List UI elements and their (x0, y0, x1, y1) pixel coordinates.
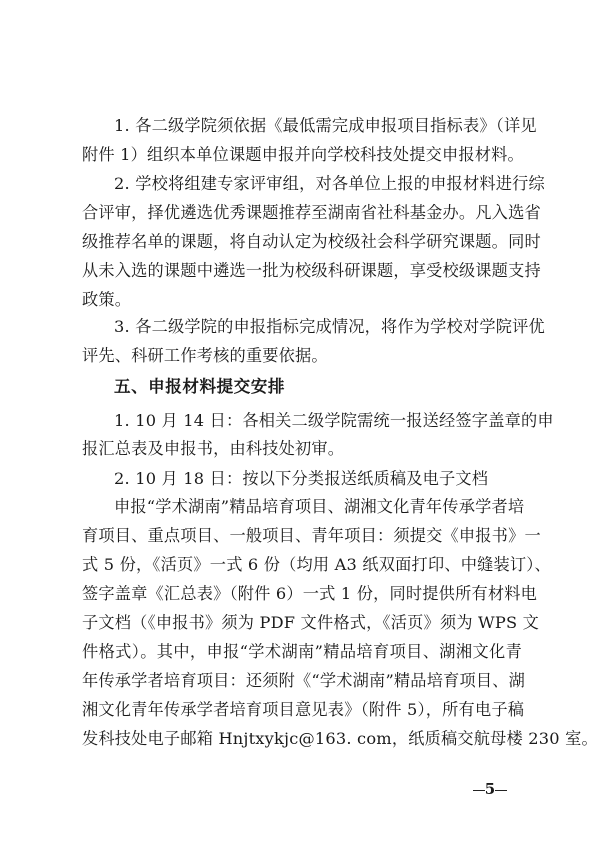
section-paragraph-3-line-1: 申报“学术湖南”精品培育项目、湖湘文化青年传承学者培 (114, 492, 522, 521)
section-paragraph-3-line-7: 年传承学者培育项目：还须附《“学术湖南”精品培育项目、湖 (82, 666, 522, 695)
paragraph-3-line-1: 3. 各二级学院的申报指标完成情况，将作为学校对学院评优 (114, 312, 522, 341)
page-number: 5 (470, 779, 510, 799)
document-page: 1. 各二级学院须依据《最低需完成申报项目指标表》（详见 附件 1）组织本单位课… (0, 0, 600, 848)
section-paragraph-3-line-6: 件格式）。其中，申报“学术湖南”精品培育项目、湖湘文化青 (82, 637, 522, 666)
section-paragraph-3-line-3: 式 5 份，《活页》一式 6 份（均用 A3 纸双面打印、中缝装订）、 (82, 550, 522, 579)
paragraph-1-line-2: 附件 1）组织本单位课题申报并向学校科技处提交申报材料。 (82, 140, 522, 169)
section-paragraph-3-line-9: 发科技处电子邮箱 Hnjtxykjc@163. com，纸质稿交航母楼 230 … (82, 724, 522, 753)
page-number-value: 5 (485, 780, 495, 798)
paragraph-2-line-4: 从未入选的课题中遴选一批为校级科研课题，享受校级课题支持 (82, 256, 522, 285)
page-number-dash-left (473, 790, 485, 791)
paragraph-2-line-5: 政策。 (82, 285, 522, 314)
paragraph-2-line-3: 级推荐名单的课题，将自动认定为校级社会科学研究课题。同时 (82, 227, 522, 256)
section-paragraph-1-line-2: 报汇总表及申报书，由科技处初审。 (82, 434, 522, 463)
section-heading: 五、申报材料提交安排 (114, 372, 285, 401)
paragraph-3-line-2: 评先、科研工作考核的重要依据。 (82, 341, 522, 370)
paragraph-1-line-1: 1. 各二级学院须依据《最低需完成申报项目指标表》（详见 (114, 111, 522, 140)
section-paragraph-1-line-1: 1. 10 月 14 日：各相关二级学院需统一报送经签字盖章的申 (114, 406, 522, 435)
section-paragraph-2-line-1: 2. 10 月 18 日：按以下分类报送纸质稿及电子文档 (114, 464, 522, 493)
page-number-dash-right (495, 790, 507, 791)
paragraph-2-line-1: 2. 学校将组建专家评审组，对各单位上报的申报材料进行综 (114, 169, 522, 198)
paragraph-2-line-2: 合评审，择优遴选优秀课题推荐至湖南省社科基金办。凡入选省 (82, 198, 522, 227)
section-paragraph-3-line-8: 湘文化青年传承学者培育项目意见表》（附件 5），所有电子稿 (82, 695, 522, 724)
section-paragraph-3-line-2: 育项目、重点项目、一般项目、青年项目：须提交《申报书》一 (82, 521, 522, 550)
section-paragraph-3-line-5: 子文档（《申报书》须为 PDF 文件格式，《活页》须为 WPS 文 (82, 608, 522, 637)
section-paragraph-3-line-4: 签字盖章《汇总表》（附件 6）一式 1 份，同时提供所有材料电 (82, 579, 522, 608)
